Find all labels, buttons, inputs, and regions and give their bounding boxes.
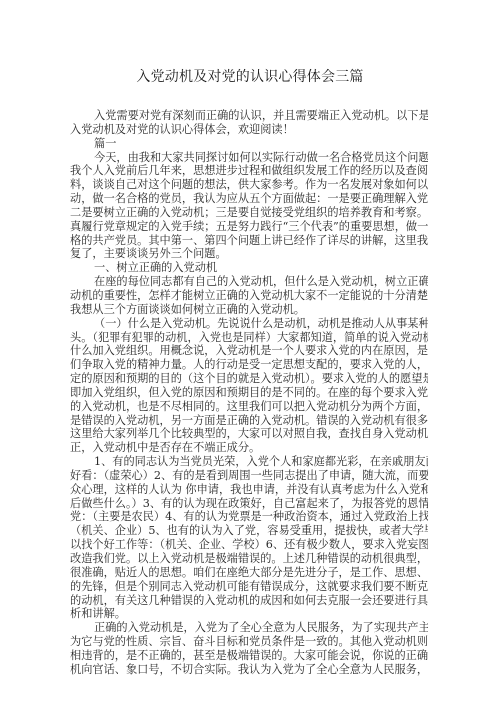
text-line: 头。（犯罪有犯罪的动机，入党也是同样）大家都知道，简单的说入党动机就是为 xyxy=(70,331,428,345)
document-body: 入党需要对党有深刻而正确的认识，并且需要端正入党动机。以下是整理的入党动机及对党… xyxy=(70,109,428,677)
text-line: 二是要树立正确的入党动机；三是要自觉接受党组织的培养教育和考察。四是认 xyxy=(70,206,428,220)
text-line: 动，做一名合格的党员，我认为应从五个方面做起：一是要正确理解入党的条件； xyxy=(70,192,428,206)
text-line: 很准确，贴近人的思想。咱们在座绝大部分是先进分子，是工作、思想、学习中 xyxy=(70,566,428,580)
text-line: 这里给大家列举几个比较典型的，大家可以对照自我，查找自身入党动机是否端 xyxy=(70,427,428,441)
text-line: 正，入党动机中是否存在不端正成分。 xyxy=(70,441,428,455)
text-line: 好看：（虚荣心）2、有的是看到周围一些同志提出了申请，随大流，而要求入党：（从 xyxy=(70,469,428,483)
text-line: 真履行党章规定的入党手续；五是努力践行“三个代表”的重要思想，做一名合 xyxy=(70,220,428,234)
text-line: 篇一 xyxy=(70,137,428,151)
text-line: 我个人入党前后几年来，思想进步过程和做组织发展工作的经历以及查阅一些资 xyxy=(70,164,428,178)
text-line: 机向官话、象口号，不切合实际。我认为入党为了全心全意为人民服务，为了实 xyxy=(70,663,428,677)
text-line: 为它与党的性质、宗旨、奋斗目标和党员条件是一致的。其他入党动机则是与此 xyxy=(70,635,428,649)
text-line: 以找个好工作等：（机关、企业、学校）6、还有极少数人，要求入党妄图到党内来 xyxy=(70,538,428,552)
text-line: 定的原因和预期的目的（这个目的就是入党动机）。要求入党的人的愿望是一样的， xyxy=(70,372,428,386)
text-line: 一、树立正确的入党动机 xyxy=(70,261,428,275)
text-line: 什么加入党组织。用概念说，入党动机是一个人要求入党的内在原因，是推动人 xyxy=(70,344,428,358)
text-line: 们争取入党的精神力量。人的行动是受一定思想支配的，要求入党的人，总有一 xyxy=(70,358,428,372)
text-line: （一）什么是入党动机。先说说什么是动机，动机是推动人从事某种行为的念 xyxy=(70,317,428,331)
text-line: 入党需要对党有深刻而正确的认识，并且需要端正入党动机。以下是整理的 xyxy=(70,109,428,123)
text-line: 后做些什么。）3、有的认为现在政策好，自己富起来了，为报答党的恩情要求入 xyxy=(70,497,428,511)
text-line: 即加入党组织，但入党的原因和预期目的是不同的。在座的每个要求入党的同志 xyxy=(70,386,428,400)
text-line: 众心理，这样的人认为 你申请，我也申请，并没有认真考虑为什么入党和入党 xyxy=(70,483,428,497)
text-line: 料，谈谈自己对这个问题的想法，供大家参考。作为一名发展对象如何以实际行 xyxy=(70,178,428,192)
text-line: 是错误的入党动机，另一方面是正确的入党动机。错误的入党动机有很多种情况， xyxy=(70,414,428,428)
text-line: 正确的入党动机是，入党为了全心全意为人民服务，为了实现共产主义。因 xyxy=(70,621,428,635)
text-line: 的先锋，但是个别同志入党动机可能有错误成分，这就要求我们要不断克服错误 xyxy=(70,580,428,594)
text-line: 今天，由我和大家共同探讨如何以实际行动做一名合格党员这个问题。结合 xyxy=(70,151,428,165)
text-line: 的入党动机，也是不尽相同的。这里我们可以把入党动机分为两个方面，一方面 xyxy=(70,400,428,414)
text-line: （机关、企业）5、也有的认为入了党，容易受重用，提拔快，或者大学毕业后可 xyxy=(70,524,428,538)
text-line: 党：（主要是农民）4、有的认为党票是一种政治资本，通过入党政治上找个靠山。 xyxy=(70,510,428,524)
document-page: 入党动机及对党的认识心得体会三篇 入党需要对党有深刻而正确的认识，并且需要端正入… xyxy=(0,0,500,708)
text-line: 我想从三个方面谈谈如何树立正确的入党动机。 xyxy=(70,303,428,317)
text-line: 析和讲解。 xyxy=(70,607,428,621)
text-line: 入党动机及对党的认识心得体会，欢迎阅读！ xyxy=(70,123,428,137)
text-line: 的动机，有关这几种错误的入党动机的成因和如何去克服一会还要进行具体的剖 xyxy=(70,594,428,608)
document-title: 入党动机及对党的认识心得体会三篇 xyxy=(0,68,500,86)
text-line: 改造我们党。以上入党动机是极端错误的。上述几种错误的动机很典型，说的也 xyxy=(70,552,428,566)
text-line: 动机的重要性，怎样才能树立正确的入党动机大家不一定能说的十分清楚，这里 xyxy=(70,289,428,303)
text-line: 相违背的，是不正确的，甚至是极端错误的。大家可能会说，你说的正确入党动 xyxy=(70,649,428,663)
text-line: 格的共产党员。其中第一、第四个问题上讲已经作了详尽的讲解，这里我就不重 xyxy=(70,234,428,248)
text-line: 复了，主要谈谈另外三个问题。 xyxy=(70,247,428,261)
text-line: 在座的每位同志都有自己的入党动机，但什么是入党动机，树立正确的入党 xyxy=(70,275,428,289)
text-line: 1、有的同志认为当党员光荣，入党个人和家庭都光彩，在亲戚朋友面前也 xyxy=(70,455,428,469)
